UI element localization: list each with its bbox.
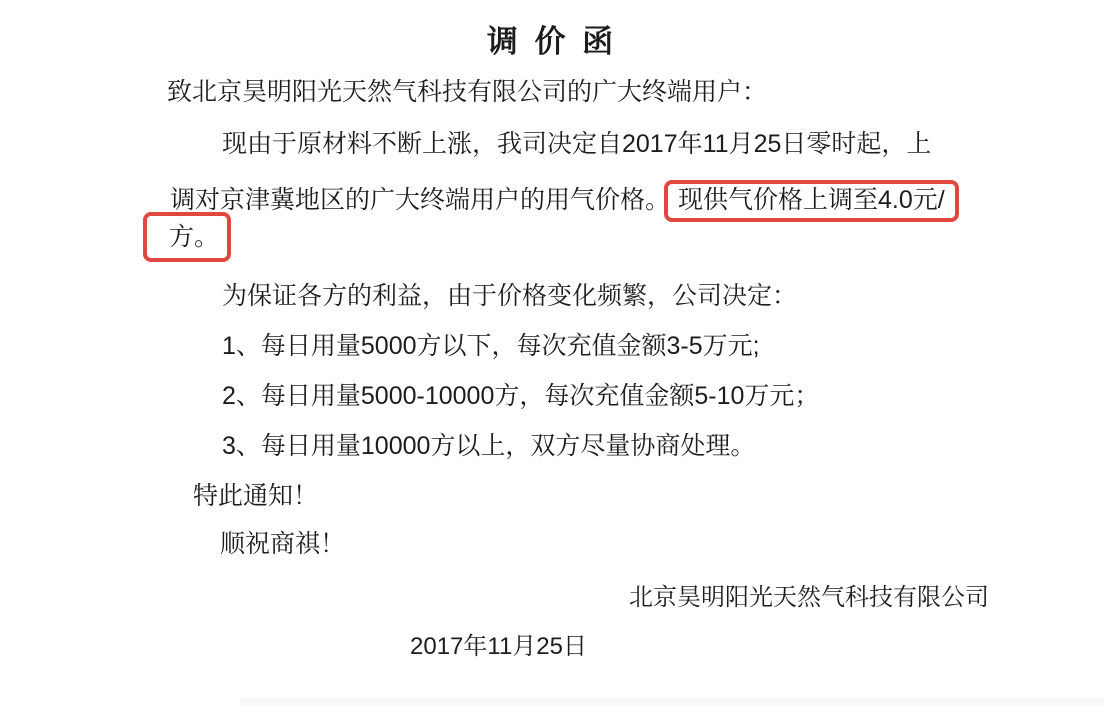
- salutation-line: 致北京昊明阳光天然气科技有限公司的广大终端用户：: [167, 76, 767, 109]
- regards-line: 顺祝商祺！: [220, 528, 345, 561]
- decision-intro-line: 为保证各方的利益，由于价格变化频繁，公司决定：: [222, 280, 797, 313]
- notice-line: 特此通知！: [193, 480, 318, 513]
- highlight-box-price: 现供气价格上调至4.0元/: [664, 180, 959, 222]
- company-signature: 北京昊明阳光天然气科技有限公司: [629, 581, 989, 614]
- decision-item-1: 1、每日用量5000方以下，每次充值金额3-5万元;: [222, 330, 760, 363]
- body-paragraph-line-1: 现由于原材料不断上涨，我司决定自2017年11月25日零时起，上: [222, 128, 931, 161]
- document-date: 2017年11月25日: [410, 630, 587, 663]
- highlight-box-unit: 方。: [143, 212, 231, 262]
- body-paragraph-line-2: 调对京津冀地区的广大终端用户的用气价格。现供气价格上调至4.0元/: [170, 180, 959, 222]
- decision-item-3: 3、每日用量10000方以上，双方尽量协商处理。: [222, 430, 755, 463]
- bottom-strip: [240, 697, 1104, 705]
- price-adjustment-letter: 调 价 函 致北京昊明阳光天然气科技有限公司的广大终端用户： 现由于原材料不断上…: [0, 0, 1104, 705]
- document-title: 调 价 函: [0, 16, 1104, 61]
- body-paragraph-line-3: 方。: [143, 212, 231, 262]
- decision-item-2: 2、每日用量5000-10000方，每次充值金额5-10万元；: [222, 380, 819, 413]
- body-line-2-plain-text: 调对京津冀地区的广大终端用户的用气价格。: [170, 186, 670, 214]
